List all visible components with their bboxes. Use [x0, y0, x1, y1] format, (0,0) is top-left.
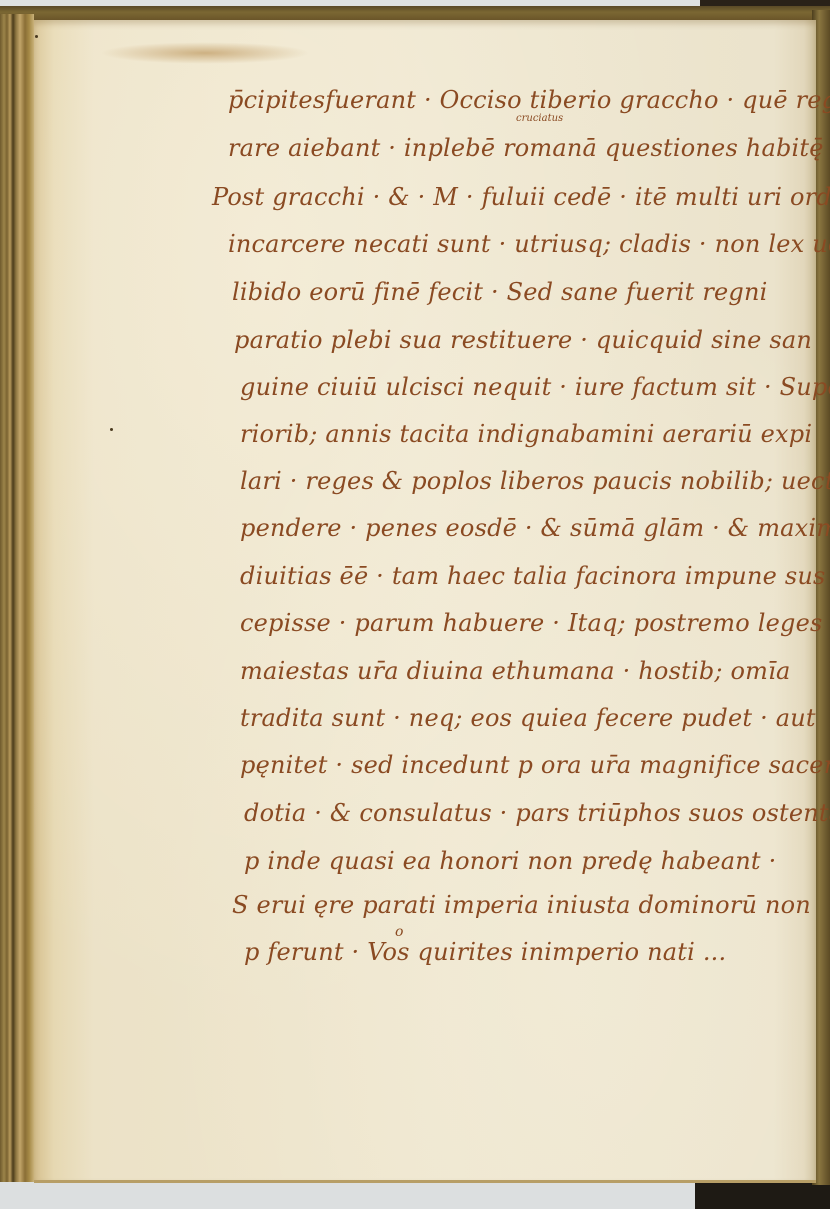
text-line-5: libido eorū finē fecit · Sed sane fuerit… [232, 278, 768, 306]
text-line-6: paratio plebi sua restituere · quicquid … [234, 326, 812, 354]
manuscript-text: cruciatus o p̄cipitesfuerant · Occiso ti… [0, 0, 830, 1209]
text-line-9: lari · reges & poplos liberos paucis nob… [240, 467, 830, 495]
text-line-19: p ferunt · Vos quirites inimperio nati .… [244, 938, 726, 966]
text-line-7: guine ciuiū ulcisci nequit · iure factum… [240, 373, 830, 401]
text-line-15: pęnitet · sed incedunt p ora ur̄a magnif… [240, 751, 830, 779]
text-line-14: tradita sunt · neq; eos quiea fecere pud… [240, 704, 816, 732]
text-line-8: riorib; annis tacita indignabamini aerar… [240, 420, 812, 448]
text-line-2: rare aiebant · inplebē romanā questiones… [228, 134, 830, 162]
text-line-4: incarcere necati sunt · utriusq; cladis … [228, 230, 830, 258]
text-line-10: pendere · penes eosdē · & sūmā glām · & … [240, 514, 830, 542]
text-line-18: S erui ęre parati imperia iniusta domino… [232, 891, 811, 919]
text-line-17: p inde quasi ea honori non predę habeant… [244, 847, 776, 875]
text-line-11: diuitias ēē · tam haec talia facinora im… [240, 562, 826, 590]
interlinear-gloss: cruciatus [516, 113, 563, 124]
text-line-12: cepisse · parum habuere · Itaq; postremo… [240, 609, 823, 637]
text-line-3: Post gracchi · & · M · fuluii cedē · itē… [212, 183, 830, 211]
text-line-1: p̄cipitesfuerant · Occiso tiberio gracch… [228, 86, 830, 114]
text-line-16: dotia · & consulatus · pars triūphos suo… [244, 799, 830, 827]
text-line-13: maiestas ur̄a diuina ethumana · hostib; … [240, 657, 791, 685]
